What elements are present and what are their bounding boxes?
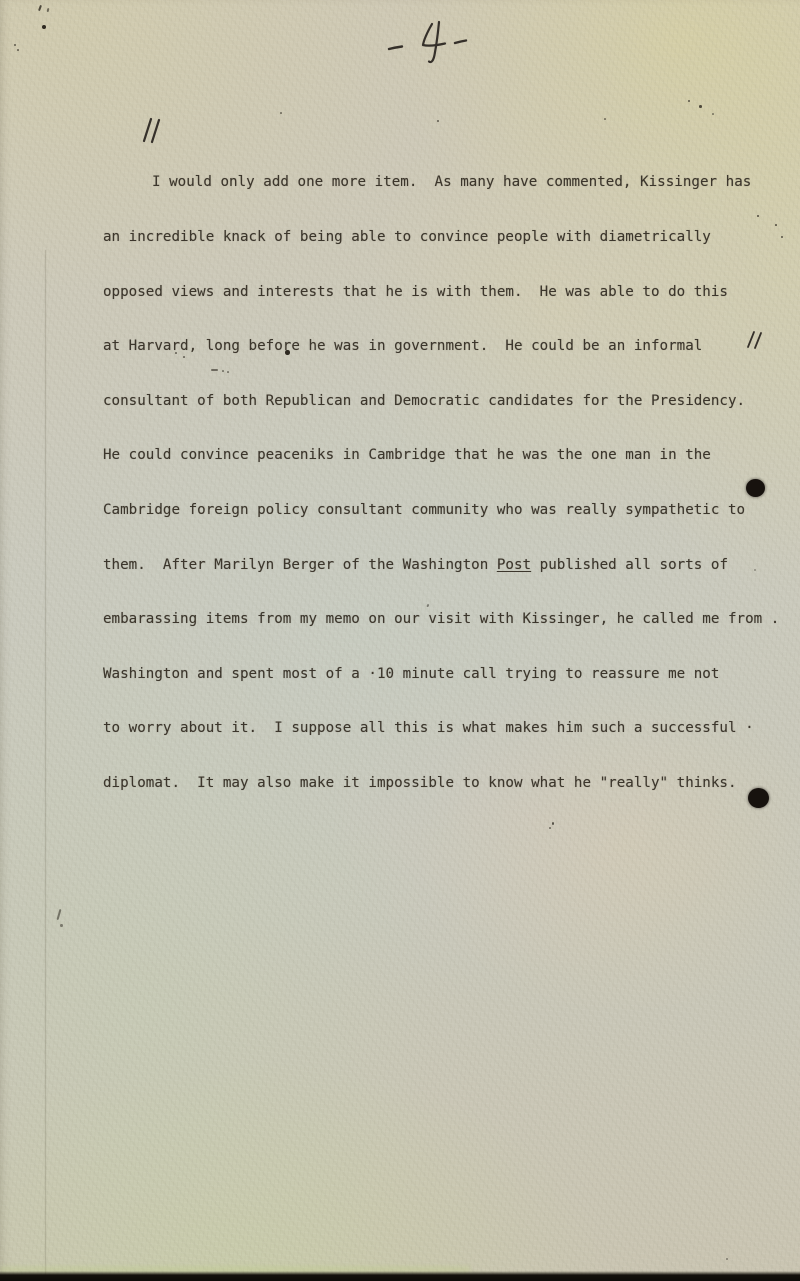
line-text: them. After Marilyn Berger of the Washin… <box>103 557 497 573</box>
page-number-handwritten <box>378 16 478 72</box>
ink-speck <box>549 827 551 829</box>
paragraph-line: Cambridge foreign policy consultant comm… <box>103 501 793 519</box>
line-text: at Harvard, long before he was in govern… <box>103 338 702 354</box>
pencil-mark <box>57 909 62 920</box>
paragraph-line: at Harvard, long before he was in govern… <box>103 337 793 355</box>
line-text: published all sorts of <box>531 557 728 573</box>
line-text: Washington and spent most of a ·10 minut… <box>103 666 719 682</box>
paragraph-line: an incredible knack of being able to con… <box>103 228 793 246</box>
line-text: consultant of both Republican and Democr… <box>103 393 745 409</box>
line-text: embarassing items from my memo on our vi… <box>103 611 779 627</box>
ink-speck <box>175 352 177 354</box>
ink-speck <box>781 236 783 238</box>
paragraph-line: diplomat. It may also make it impossible… <box>103 774 793 792</box>
ink-speck <box>688 100 690 102</box>
paragraph-line: Washington and spent most of a ·10 minut… <box>103 665 793 683</box>
ink-speck <box>14 44 16 46</box>
line-text: diplomat. It may also make it impossible… <box>103 775 737 791</box>
fold-crease-line <box>45 250 46 1281</box>
line-text: to worry about it. I suppose all this is… <box>103 720 754 736</box>
typewritten-paragraph: I would only add one more item. As many … <box>103 137 793 829</box>
ink-speck <box>42 25 46 29</box>
ink-speck <box>38 5 42 11</box>
ink-speck <box>183 356 185 358</box>
line-text: opposed views and interests that he is w… <box>103 284 728 300</box>
ink-speck <box>775 224 777 226</box>
scan-edge-bottom <box>0 1271 800 1281</box>
ink-speck <box>227 371 229 373</box>
ink-speck <box>285 350 290 355</box>
ink-speck <box>280 112 282 114</box>
document-page: I would only add one more item. As many … <box>0 0 800 1281</box>
ink-speck <box>552 822 554 825</box>
paragraph-line: consultant of both Republican and Democr… <box>103 392 793 410</box>
underlined-word: Post <box>497 557 531 573</box>
paragraph-line: to worry about it. I suppose all this is… <box>103 719 793 737</box>
ink-speck <box>754 569 756 571</box>
line-text: an incredible knack of being able to con… <box>103 229 711 245</box>
ink-speck <box>47 8 49 12</box>
line-text: I would only add one more item. As many … <box>152 174 751 190</box>
paragraph-line: He could convince peaceniks in Cambridge… <box>103 446 793 464</box>
ink-speck <box>699 105 702 108</box>
ink-speck <box>211 369 218 371</box>
paragraph-line: embarassing items from my memo on our vi… <box>103 610 793 628</box>
line-text: Cambridge foreign policy consultant comm… <box>103 502 745 518</box>
ink-speck <box>757 215 759 217</box>
paragraph-line: opposed views and interests that he is w… <box>103 283 793 301</box>
ink-speck <box>17 49 19 51</box>
line-text: He could convince peaceniks in Cambridge… <box>103 447 711 463</box>
hole-punch-dot-top <box>746 479 765 497</box>
ink-speck <box>437 120 439 122</box>
ink-speck <box>726 1258 728 1260</box>
ink-speck <box>604 118 606 120</box>
paragraph-line: them. After Marilyn Berger of the Washin… <box>103 556 793 574</box>
paragraph-line: I would only add one more item. As many … <box>103 173 793 191</box>
ink-speck <box>222 370 224 372</box>
pencil-mark <box>60 924 63 927</box>
hole-punch-dot-bottom <box>748 788 769 808</box>
ink-speck <box>712 113 714 115</box>
